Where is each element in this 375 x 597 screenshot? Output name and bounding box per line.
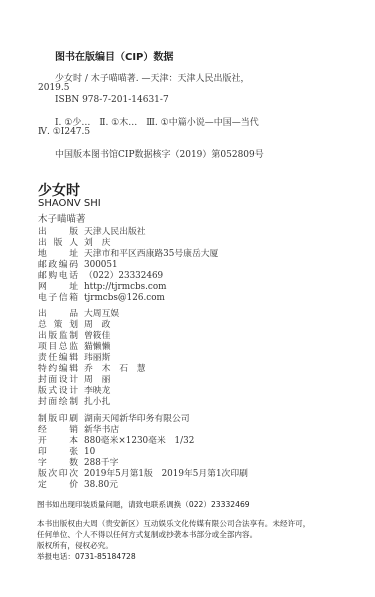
info-label: 责任编辑: [38, 353, 78, 364]
info-value: 38.80元: [84, 480, 118, 491]
info-label: 邮购电话: [38, 271, 78, 282]
info-label: 封面设计: [38, 375, 78, 386]
cip-date-line: 2019.5: [38, 83, 70, 93]
info-value: 周 政: [84, 320, 110, 331]
cip-classification-2: Ⅳ. ①I247.5: [38, 127, 90, 137]
copyright-line-1: 本书出版权由大周（贵安新区）互动娱乐文化传媒有限公司合法享有。未经许可，: [37, 518, 310, 529]
cip-heading: 图书在版编目（CIP）数据: [55, 48, 173, 63]
info-value: 天津市和平区西康路35号康岳大厦: [84, 249, 218, 260]
info-label: 定 价: [38, 480, 78, 491]
info-label: 出版监制: [38, 331, 78, 342]
info-value: 扎小扎: [84, 397, 110, 408]
info-value: 300051: [84, 260, 118, 271]
info-label: 字 数: [38, 458, 78, 469]
info-label: 制版印刷: [38, 414, 78, 425]
info-value: 李映龙: [84, 386, 110, 397]
info-value: 880毫米×1230毫米 1/32: [84, 436, 194, 447]
info-value: http://tjrmcbs.com: [84, 282, 167, 293]
info-value: 乔 木 石 慧: [84, 364, 146, 375]
info-value: 刘 庆: [84, 238, 110, 249]
info-label: 封面绘制: [38, 397, 78, 408]
info-value: 288千字: [84, 458, 118, 469]
info-label: 印 张: [38, 447, 78, 458]
cip-isbn: ISBN 978-7-201-14631-7: [55, 95, 169, 105]
info-value: 大周互娱: [84, 309, 119, 320]
info-value: （022）23332469: [84, 271, 163, 282]
book-pinyin: SHAONV SHI: [38, 198, 101, 209]
book-title: 少女时: [38, 180, 80, 200]
info-value: 10: [84, 447, 95, 458]
info-value: 天津人民出版社: [84, 227, 146, 238]
info-value: 2019年5月第1版 2019年5月第1次印刷: [84, 469, 248, 480]
info-label: 出 版: [38, 227, 78, 238]
info-label: 出版人: [38, 238, 78, 249]
info-value: 猫懒懒: [84, 342, 110, 353]
info-value: 曾筱佳: [84, 331, 110, 342]
cip-title-line: 少女时 / 木子喵喵著. —天津：天津人民出版社，: [55, 71, 249, 84]
info-value: 湖南天闻新华印务有限公司: [84, 414, 190, 425]
info-label: 项目总监: [38, 342, 78, 353]
copyright-line-2: 任何单位、个人不得以任何方式复制或抄袭本书部分或全部内容。: [37, 529, 257, 540]
info-label: 经 销: [38, 425, 78, 436]
info-label: 电子信箱: [38, 293, 78, 304]
info-value: 玮丽斯: [84, 353, 110, 364]
report-phone: 举报电话：0731-85184728: [37, 551, 136, 562]
info-label: 出 品: [38, 309, 78, 320]
info-label: 特约编辑: [38, 364, 78, 375]
cip-catalog-number: 中国版本图书馆CIP数据核字（2019）第052809号: [55, 147, 264, 160]
quality-notice: 图书如出现印装质量问题，请致电联系调换（022）23332469: [37, 499, 250, 510]
info-label: 网 址: [38, 282, 78, 293]
info-label: 版次印次: [38, 469, 78, 480]
copyright-line-3: 版权所有，侵权必究。: [37, 540, 113, 551]
book-author: 木子喵喵著: [38, 211, 86, 225]
info-label: 邮政编码: [38, 260, 78, 271]
info-value: tjrmcbs@126.com: [84, 293, 165, 304]
info-label: 总策划: [38, 320, 78, 331]
info-label: 地 址: [38, 249, 78, 260]
info-label: 开 本: [38, 436, 78, 447]
info-label: 版式设计: [38, 386, 78, 397]
info-value: 周 丽: [84, 375, 110, 386]
info-value: 新华书店: [84, 425, 119, 436]
